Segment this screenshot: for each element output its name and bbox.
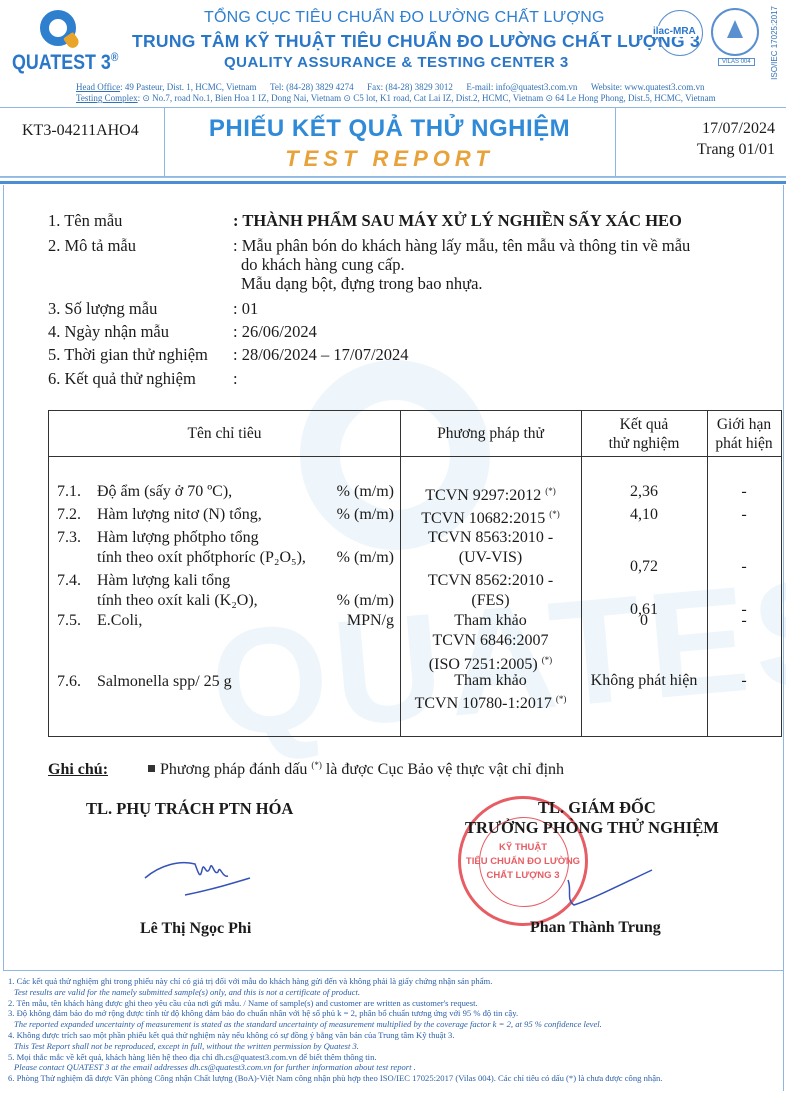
footer-note: 1. Các kết quả thử nghiệm ghi trong phiế… xyxy=(8,976,784,987)
asterisk-mark: (*) xyxy=(542,655,553,665)
org-name-en: QUALITY ASSURANCE & TESTING CENTER 3 xyxy=(224,54,569,71)
result-value: Không phát hiện xyxy=(581,671,707,690)
footer-note: 3. Độ không đảm bảo đo mở rộng được tính… xyxy=(8,1008,784,1019)
report-title-vn: PHIẾU KẾT QUẢ THỬ NGHIỆM xyxy=(164,115,615,143)
right-signatory-title: TL. GIÁM ĐỐC xyxy=(538,798,656,818)
divider xyxy=(49,456,781,457)
left-signature-icon xyxy=(140,850,260,900)
right-signatory-subtitle: TRƯỞNG PHÒNG THỬ NGHIỆM xyxy=(465,818,719,838)
left-signatory-name: Lê Thị Ngọc Phi xyxy=(140,920,251,938)
col-header-lod: Giới hạnphát hiện xyxy=(707,411,781,456)
note-label: Ghi chú: xyxy=(48,761,108,778)
asterisk-mark: (*) xyxy=(549,509,560,519)
testing-complex-line: Testing Complex: ⊙ No.7, road No.1, Bien… xyxy=(76,93,716,104)
logo-wordmark: QUATEST 3® xyxy=(12,50,118,75)
footer-note-en: Please contact QUATEST 3 at the email ad… xyxy=(8,1062,784,1073)
org-name-vn: TRUNG TÂM KỸ THUẬT TIÊU CHUẨN ĐO LƯỜNG C… xyxy=(132,31,700,52)
footer-note: 5. Mọi thắc mắc về kết quả, khách hàng l… xyxy=(8,1052,784,1063)
page-number: Trang 01/01 xyxy=(615,139,775,160)
left-signatory-title: TL. PHỤ TRÁCH PTN HÓA xyxy=(86,799,293,819)
result-value: 2,36 xyxy=(581,482,707,501)
letterhead: QUATEST 3® TỔNG CỤC TIÊU CHUẨN ĐO LƯỜNG … xyxy=(0,0,786,104)
footer-note-en: Test results are valid for the namely su… xyxy=(8,987,784,998)
footer-note-en: The reported expanded uncertainty of mea… xyxy=(8,1019,784,1030)
note-line: Ghi chú: Phương pháp đánh dấu (*) là đượ… xyxy=(48,760,564,779)
bullet-icon xyxy=(148,765,155,772)
divider xyxy=(0,177,786,178)
page-frame xyxy=(3,970,784,971)
ilac-mra-seal-icon: ilac-MRA xyxy=(657,10,703,56)
col-header-name: Tên chỉ tiêu xyxy=(49,411,400,456)
right-signature-icon xyxy=(560,860,660,920)
result-value: 0 xyxy=(581,611,707,630)
results-table: Tên chỉ tiêu Phương pháp thử Kết quảthử … xyxy=(48,410,782,737)
head-office-line: Head Office: 49 Pasteur, Dist. 1, HCMC, … xyxy=(76,82,705,92)
footer-note: 4. Không được trích sao một phần phiếu k… xyxy=(8,1030,784,1041)
report-title-en: TEST REPORT xyxy=(164,146,615,172)
right-signatory-name: Phan Thành Trung xyxy=(530,919,661,937)
col-header-result: Kết quảthử nghiệm xyxy=(581,411,707,456)
result-value: 0,72 xyxy=(581,557,707,576)
iso-label: ISO/IEC 17025:2017 xyxy=(770,6,779,80)
footer-note-en: This Test Report shall not be reproduced… xyxy=(8,1041,784,1052)
page-frame xyxy=(783,185,784,971)
report-date: 17/07/2024 xyxy=(615,118,775,139)
asterisk-mark: (*) xyxy=(545,486,556,496)
divider xyxy=(0,181,786,184)
accreditation-seal-icon xyxy=(711,8,759,56)
report-date-page: 17/07/2024 Trang 01/01 xyxy=(615,118,775,160)
sample-name: : THÀNH PHẨM SAU MÁY XỬ LÝ NGHIỀN SẤY XÁ… xyxy=(233,210,682,231)
footer-note: 2. Tên mẫu, tên khách hàng được ghi theo… xyxy=(8,998,784,1009)
report-code: KT3-04211AHO4 xyxy=(22,122,139,140)
asterisk-mark: (*) xyxy=(556,694,567,704)
footer-note: 6. Phòng Thử nghiệm đã được Văn phòng Cô… xyxy=(8,1073,784,1084)
report-title-bar: KT3-04211AHO4 PHIẾU KẾT QUẢ THỬ NGHIỆM T… xyxy=(0,107,786,177)
col-header-method: Phương pháp thử xyxy=(400,411,581,456)
page-frame xyxy=(3,185,4,971)
footer-notes: 1. Các kết quả thử nghiệm ghi trong phiế… xyxy=(8,976,784,1084)
parent-org-name: TỔNG CỤC TIÊU CHUẨN ĐO LƯỜNG CHẤT LƯỢNG xyxy=(204,9,605,27)
result-value: 4,10 xyxy=(581,505,707,524)
vilas-badge: VILAS 004 xyxy=(718,58,755,66)
